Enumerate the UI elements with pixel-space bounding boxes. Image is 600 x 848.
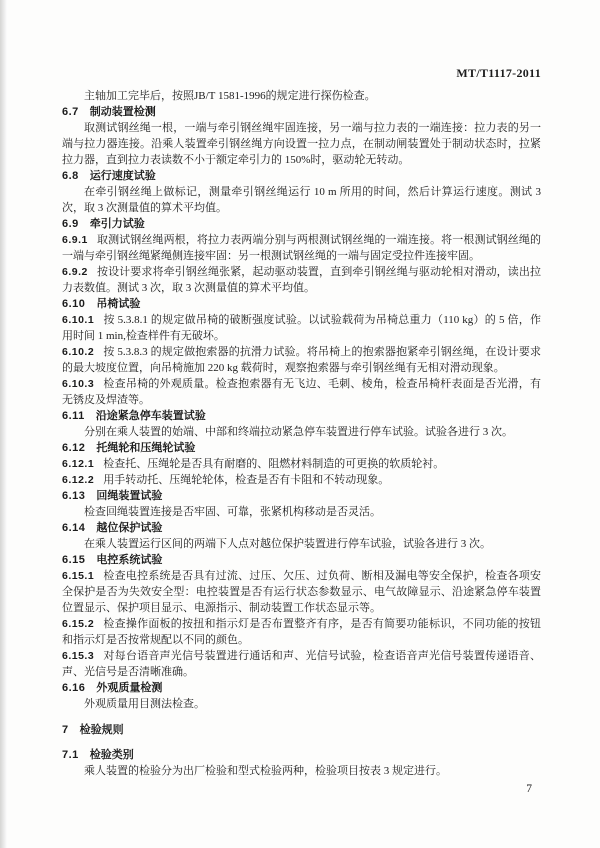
clause-number: 6.15.2 [62, 618, 94, 630]
heading-title: 沿途紧急停车装置试验 [96, 410, 206, 422]
clause-text: 按 5.3.8.1 的规定做吊椅的破断强度试验。以试验载荷为吊椅总重力（110 … [62, 314, 541, 342]
heading-title: 牵引力试验 [90, 218, 145, 230]
clause-paragraph: 6.10.1按 5.3.8.1 的规定做吊椅的破断强度试验。以试验载荷为吊椅总重… [62, 312, 541, 344]
document-body: 主轴加工完毕后，按照JB/T 1581-1996的规定进行探伤检查。6.7制动装… [62, 88, 541, 779]
clause-paragraph: 6.9.2按设计要求将牵引钢丝绳张紧，起动驱动装置，直到牵引钢丝绳与驱动轮相对滑… [62, 264, 541, 296]
heading-number: 6.7 [62, 106, 79, 118]
body-paragraph: 在乘人装置运行区间的两端下人点对越位保护装置进行停车试验，试验各进行 3 次。 [62, 536, 541, 552]
clause-text: 按设计要求将牵引钢丝绳张紧，起动驱动装置，直到牵引钢丝绳与驱动轮相对滑动，读出拉… [62, 266, 541, 294]
standard-number: MT/T1117-2011 [62, 66, 541, 81]
clause-number: 6.10.2 [62, 346, 94, 358]
clause-number: 6.9.2 [62, 266, 88, 278]
heading-title: 检验规则 [80, 724, 124, 736]
clause-number: 6.9.1 [62, 234, 88, 246]
section-heading: 6.13回绳装置试验 [62, 488, 541, 504]
clause-number: 6.15.3 [62, 650, 94, 662]
body-paragraph: 检查回绳装置连接是否牢固、可靠，张紧机构移动是否灵活。 [62, 504, 541, 520]
clause-text: 取测试钢丝绳两根，将拉力表两端分别与两根测试钢丝绳的一端连接。将一根测试钢丝绳的… [62, 234, 541, 262]
section-heading: 6.9牵引力试验 [62, 216, 541, 232]
heading-number: 7 [62, 724, 69, 736]
clause-number: 6.10.3 [62, 378, 94, 390]
clause-paragraph: 6.10.3检查吊椅的外观质量。检查抱索器有无飞边、毛刺、棱角，检查吊椅杆表面是… [62, 376, 541, 408]
section-heading: 7.1检验类别 [62, 747, 541, 763]
section-heading: 6.14越位保护试验 [62, 520, 541, 536]
heading-title: 制动装置检测 [90, 106, 156, 118]
heading-number: 6.16 [62, 682, 85, 694]
body-paragraph: 外观质量用目测法检查。 [62, 696, 541, 712]
heading-title: 回绳装置试验 [96, 490, 162, 502]
scan-edge-shadow [0, 0, 7, 848]
body-paragraph: 在牵引钢丝绳上做标记，测量牵引钢丝绳运行 10 m 所用的时间，然后计算运行速度… [62, 184, 541, 216]
clause-paragraph: 6.15.1检查电控系统是否具有过流、过压、欠压、过负荷、断相及漏电等安全保护，… [62, 568, 541, 616]
clause-text: 检查电控系统是否具有过流、过压、欠压、过负荷、断相及漏电等安全保护，检查各项安全… [62, 570, 541, 614]
body-paragraph: 取测试钢丝绳一根，一端与牵引钢丝绳牢固连接，另一端与拉力表的一端连接：拉力表的另… [62, 120, 541, 168]
section-heading: 6.12托绳轮和压绳轮试验 [62, 440, 541, 456]
chapter-heading: 7检验规则 [62, 722, 541, 738]
clause-paragraph: 6.10.2按 5.3.8.3 的规定做抱索器的抗滑力试验。将吊椅上的抱索器抱紧… [62, 344, 541, 376]
heading-title: 运行速度试验 [90, 170, 156, 182]
section-heading: 6.7制动装置检测 [62, 104, 541, 120]
heading-number: 6.13 [62, 490, 85, 502]
heading-number: 6.15 [62, 554, 85, 566]
clause-text: 按 5.3.8.3 的规定做抱索器的抗滑力试验。将吊椅上的抱索器抱紧牵引钢丝绳，… [62, 346, 541, 374]
section-heading: 6.16外观质量检测 [62, 680, 541, 696]
clause-text: 检查托、压绳轮是否具有耐磨的、阻燃材料制造的可更换的软质轮衬。 [103, 458, 444, 470]
body-paragraph: 主轴加工完毕后，按照JB/T 1581-1996的规定进行探伤检查。 [62, 88, 541, 104]
clause-text: 检查吊椅的外观质量。检查抱索器有无飞边、毛刺、棱角，检查吊椅杆表面是否光滑，有无… [62, 378, 541, 406]
clause-number: 6.12.2 [62, 474, 94, 486]
heading-number: 6.14 [62, 522, 85, 534]
clause-number: 6.10.1 [62, 314, 94, 326]
clause-paragraph: 6.15.2检查操作面板的按扭和指示灯是否布置整齐有序，是否有简要功能标识，不同… [62, 616, 541, 648]
clause-number: 6.12.1 [62, 458, 94, 470]
clause-number: 6.15.1 [62, 570, 94, 582]
heading-number: 7.1 [62, 749, 79, 761]
heading-number: 6.8 [62, 170, 79, 182]
page-number: 7 [526, 783, 532, 795]
heading-title: 检验类别 [90, 749, 134, 761]
clause-paragraph: 6.15.3对每台语音声光信号装置进行通话和声、光信号试验，检查语音声光信号装置… [62, 648, 541, 680]
heading-title: 吊椅试验 [96, 298, 140, 310]
document-page: MT/T1117-2011 主轴加工完毕后，按照JB/T 1581-1996的规… [0, 0, 600, 848]
clause-paragraph: 6.9.1取测试钢丝绳两根，将拉力表两端分别与两根测试钢丝绳的一端连接。将一根测… [62, 232, 541, 264]
section-heading: 6.10吊椅试验 [62, 296, 541, 312]
section-heading: 6.15电控系统试验 [62, 552, 541, 568]
heading-number: 6.11 [62, 410, 85, 422]
clause-text: 对每台语音声光信号装置进行通话和声、光信号试验，检查语音声光信号装置传递语音、声… [62, 650, 541, 678]
heading-number: 6.12 [62, 442, 85, 454]
clause-paragraph: 6.12.1检查托、压绳轮是否具有耐磨的、阻燃材料制造的可更换的软质轮衬。 [62, 456, 541, 472]
section-heading: 6.8运行速度试验 [62, 168, 541, 184]
heading-title: 托绳轮和压绳轮试验 [96, 442, 195, 454]
body-paragraph: 分别在乘人装置的始端、中部和终端拉动紧急停车装置进行停车试验。试验各进行 3 次… [62, 424, 541, 440]
heading-number: 6.9 [62, 218, 79, 230]
heading-number: 6.10 [62, 298, 85, 310]
clause-paragraph: 6.12.2用手转动托、压绳轮轮体，检查是否有卡阻和不转动现象。 [62, 472, 541, 488]
clause-text: 检查操作面板的按扭和指示灯是否布置整齐有序，是否有简要功能标识，不同功能的按钮和… [62, 618, 541, 646]
body-paragraph: 乘人装置的检验分为出厂检验和型式检验两种，检验项目按表 3 规定进行。 [62, 763, 541, 779]
heading-title: 电控系统试验 [96, 554, 162, 566]
heading-title: 越位保护试验 [96, 522, 162, 534]
heading-title: 外观质量检测 [96, 682, 162, 694]
section-heading: 6.11沿途紧急停车装置试验 [62, 408, 541, 424]
clause-text: 用手转动托、压绳轮轮体，检查是否有卡阻和不转动现象。 [103, 474, 389, 486]
